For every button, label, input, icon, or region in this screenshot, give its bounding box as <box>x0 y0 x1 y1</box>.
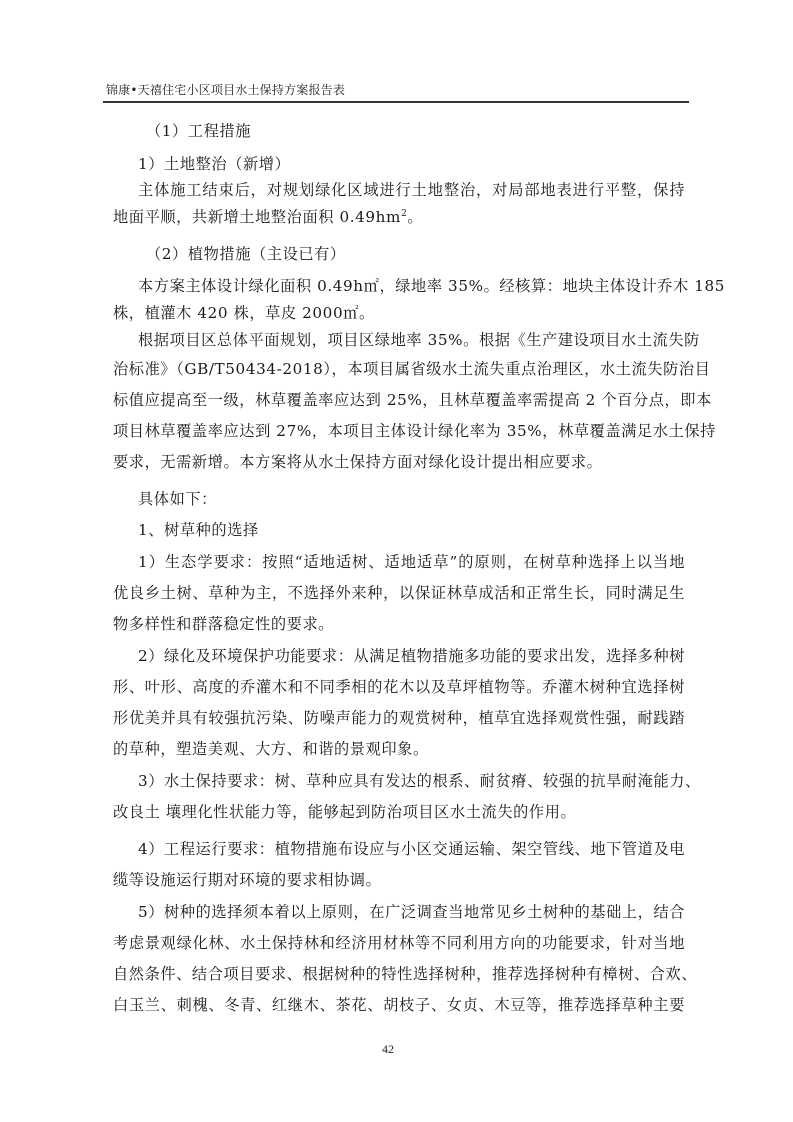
paragraph-line: 改良土 壤理化性状能力等，能够起到防治项目区水土流失的作用。 <box>113 802 685 822</box>
paragraph-line: 主体施工结束后，对规划绿化区域进行土地整治，对局部地表进行平整，保持 <box>138 180 685 200</box>
paragraph-line: 缆等设施运行期对环境的要求相协调。 <box>113 870 685 890</box>
paragraph-line: 治标准》（GB/T50434-2018），本项目属省级水土流失重点治理区，水土流… <box>113 359 685 379</box>
paragraph-line: 株，植灌木 420 株，草皮 2000㎡。 <box>113 303 685 323</box>
paragraph-line: 要求，无需新增。本方案将从水土保持方面对绿化设计提出相应要求。 <box>113 452 685 472</box>
paragraph-line: 的草种，塑造美观、大方、和谐的景观印象。 <box>113 739 685 759</box>
page-number: 42 <box>382 1042 394 1057</box>
paragraph-line: 考虑景观绿化林、水土保持林和经济用材林等不同利用方向的功能要求，针对当地 <box>113 933 685 953</box>
page-header: 锦康•天禧住宅小区项目水土保持方案报告表 <box>103 83 689 103</box>
paragraph-line: 1）生态学要求：按照“适地适树、适地适草”的原则，在树草种选择上以当地 <box>138 552 685 572</box>
paragraph-line: 项目林草覆盖率应达到 27%，本项目主体设计绿化率为 35%，林草覆盖满足水土保… <box>113 421 685 441</box>
header-title: 锦康•天禧住宅小区项目水土保持方案报告表 <box>106 83 345 98</box>
subheading-species-selection: 1、树草种的选择 <box>138 520 685 540</box>
section-heading-plant: （2）植物措施（主设已有） <box>146 244 718 264</box>
paragraph-line: 标值应提高至一级，林草覆盖率应达到 25%，且林草覆盖率需提高 2 个百分点，即… <box>113 390 685 410</box>
paragraph-line: 自然条件、结合项目要求、根据树种的特性选择树种，推荐选择树种有樟树、合欢、 <box>113 964 685 984</box>
subheading-land-leveling: 1）土地整治（新增） <box>138 154 685 174</box>
paragraph-line: 4）工程运行要求：植物措施布设应与小区交通运输、架空管线、地下管道及电 <box>138 839 685 859</box>
text-span: 地面平顺，共新增土地整治面积 0.49hm <box>113 208 401 226</box>
paragraph-line: 具体如下： <box>138 489 685 509</box>
paragraph-line: 2）绿化及环境保护功能要求：从满足植物措施多功能的要求出发，选择多种树 <box>138 646 685 666</box>
paragraph-line: 形优美并具有较强抗污染、防噪声能力的观赏树种，植草宜选择观赏性强，耐践踏 <box>113 708 685 728</box>
paragraph-line: 地面平顺，共新增土地整治面积 0.49hm2。 <box>113 207 685 227</box>
paragraph-line: 形、叶形、高度的乔灌木和不同季相的花木以及草坪植物等。乔灌木树种宜选择树 <box>113 677 685 697</box>
section-heading-engineering: （1）工程措施 <box>146 121 718 141</box>
paragraph-line: 白玉兰、刺槐、冬青、红继木、茶花、胡枝子、女贞、木豆等，推荐选择草种主要 <box>113 995 685 1015</box>
paragraph-line: 根据项目区总体平面规划，项目区绿地率 35%。根据《生产建设项目水土流失防 <box>138 330 685 350</box>
text-span: 。 <box>407 208 423 226</box>
paragraph-line: 5）树种的选择须本着以上原则，在广泛调查当地常见乡土树种的基础上，结合 <box>138 902 685 922</box>
paragraph-line: 物多样性和群落稳定性的要求。 <box>113 614 685 634</box>
paragraph-line: 优良乡土树、草种为主，不选择外来种，以保证林草成活和正常生长，同时满足生 <box>113 583 685 603</box>
paragraph-line: 3）水土保持要求：树、草种应具有发达的根系、耐贫瘠、较强的抗旱耐淹能力、 <box>138 771 685 791</box>
paragraph-line: 本方案主体设计绿化面积 0.49h㎡，绿地率 35%。经核算：地块主体设计乔木 … <box>138 276 685 296</box>
